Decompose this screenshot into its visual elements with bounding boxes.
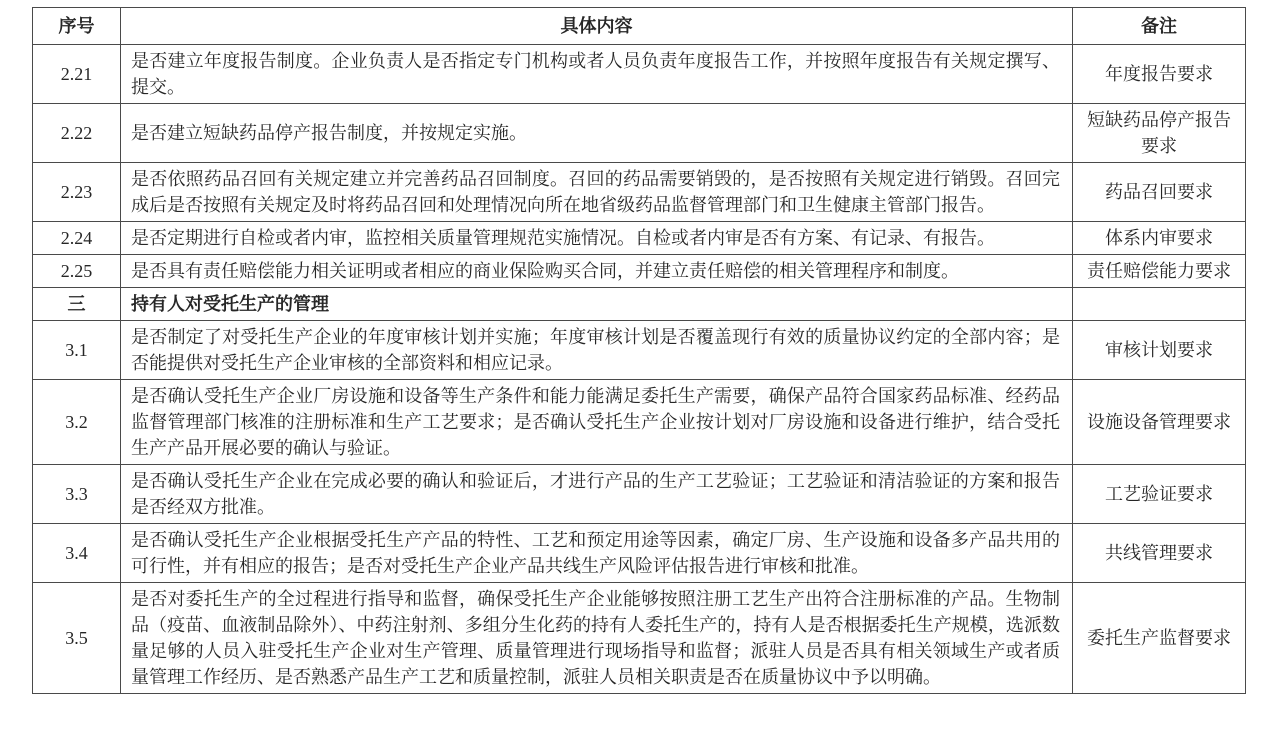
document-page: 序号 具体内容 备注 2.21 是否建立年度报告制度。企业负责人是否指定专门机构…: [0, 0, 1280, 737]
table-row: 2.21 是否建立年度报告制度。企业负责人是否指定专门机构或者人员负责年度报告工…: [33, 45, 1246, 104]
row-remark: 设施设备管理要求: [1073, 380, 1246, 465]
header-remark: 备注: [1073, 8, 1246, 45]
row-content: 是否依照药品召回有关规定建立并完善药品召回制度。召回的药品需要销毁的，是否按照有…: [121, 163, 1073, 222]
row-serial-number: 3.2: [33, 380, 121, 465]
row-serial-number: 2.24: [33, 222, 121, 255]
row-serial-number: 3.4: [33, 524, 121, 583]
row-remark: 委托生产监督要求: [1073, 583, 1246, 694]
table-row: 2.25 是否具有责任赔偿能力相关证明或者相应的商业保险购买合同，并建立责任赔偿…: [33, 255, 1246, 288]
header-row: 序号 具体内容 备注: [33, 8, 1246, 45]
row-serial-number: 3.5: [33, 583, 121, 694]
row-serial-number: 2.23: [33, 163, 121, 222]
row-content: 是否确认受托生产企业厂房设施和设备等生产条件和能力能满足委托生产需要，确保产品符…: [121, 380, 1073, 465]
row-content: 是否确认受托生产企业根据受托生产产品的特性、工艺和预定用途等因素，确定厂房、生产…: [121, 524, 1073, 583]
row-remark: 共线管理要求: [1073, 524, 1246, 583]
checklist-table: 序号 具体内容 备注 2.21 是否建立年度报告制度。企业负责人是否指定专门机构…: [32, 7, 1246, 694]
header-specific-content: 具体内容: [121, 8, 1073, 45]
row-content: 是否对委托生产的全过程进行指导和监督，确保受托生产企业能够按照注册工艺生产出符合…: [121, 583, 1073, 694]
row-serial-number: 3.1: [33, 321, 121, 380]
table-row: 3.3 是否确认受托生产企业在完成必要的确认和验证后，才进行产品的生产工艺验证；…: [33, 465, 1246, 524]
row-remark: 年度报告要求: [1073, 45, 1246, 104]
row-remark: 体系内审要求: [1073, 222, 1246, 255]
table-row: 2.22 是否建立短缺药品停产报告制度，并按规定实施。 短缺药品停产报告要求: [33, 104, 1246, 163]
row-remark: 审核计划要求: [1073, 321, 1246, 380]
row-content: 是否具有责任赔偿能力相关证明或者相应的商业保险购买合同，并建立责任赔偿的相关管理…: [121, 255, 1073, 288]
row-remark: 工艺验证要求: [1073, 465, 1246, 524]
row-content: 是否建立年度报告制度。企业负责人是否指定专门机构或者人员负责年度报告工作，并按照…: [121, 45, 1073, 104]
header-serial-number: 序号: [33, 8, 121, 45]
table-row: 3.4 是否确认受托生产企业根据受托生产产品的特性、工艺和预定用途等因素，确定厂…: [33, 524, 1246, 583]
row-serial-number: 三: [33, 288, 121, 321]
row-serial-number: 2.25: [33, 255, 121, 288]
row-remark: 药品召回要求: [1073, 163, 1246, 222]
row-content: 持有人对受托生产的管理: [121, 288, 1073, 321]
table-row: 3.2 是否确认受托生产企业厂房设施和设备等生产条件和能力能满足委托生产需要，确…: [33, 380, 1246, 465]
row-remark: 责任赔偿能力要求: [1073, 255, 1246, 288]
row-content: 是否定期进行自检或者内审，监控相关质量管理规范实施情况。自检或者内审是否有方案、…: [121, 222, 1073, 255]
row-remark: [1073, 288, 1246, 321]
row-serial-number: 3.3: [33, 465, 121, 524]
table-row: 3.1 是否制定了对受托生产企业的年度审核计划并实施；年度审核计划是否覆盖现行有…: [33, 321, 1246, 380]
row-remark: 短缺药品停产报告要求: [1073, 104, 1246, 163]
row-content: 是否建立短缺药品停产报告制度，并按规定实施。: [121, 104, 1073, 163]
table-row: 2.23 是否依照药品召回有关规定建立并完善药品召回制度。召回的药品需要销毁的，…: [33, 163, 1246, 222]
row-serial-number: 2.21: [33, 45, 121, 104]
row-content: 是否制定了对受托生产企业的年度审核计划并实施；年度审核计划是否覆盖现行有效的质量…: [121, 321, 1073, 380]
row-content: 是否确认受托生产企业在完成必要的确认和验证后，才进行产品的生产工艺验证；工艺验证…: [121, 465, 1073, 524]
table-row: 3.5 是否对委托生产的全过程进行指导和监督，确保受托生产企业能够按照注册工艺生…: [33, 583, 1246, 694]
table-row: 三 持有人对受托生产的管理: [33, 288, 1246, 321]
table-row: 2.24 是否定期进行自检或者内审，监控相关质量管理规范实施情况。自检或者内审是…: [33, 222, 1246, 255]
row-serial-number: 2.22: [33, 104, 121, 163]
